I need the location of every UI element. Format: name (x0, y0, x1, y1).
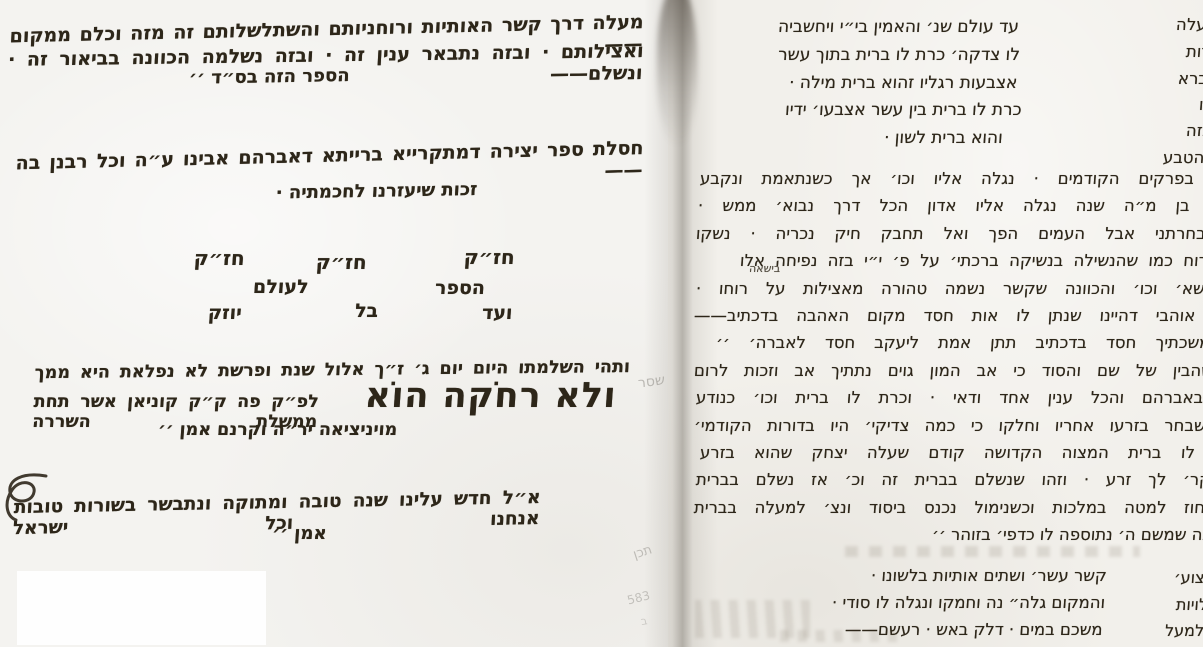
top-column-line: עד עולם שנ׳ והאמין בי״י ויחשביה (777, 18, 1019, 38)
scribal-flourish-icon (2, 470, 52, 524)
paragraph-line: היותו בן מ״ה שנה נגלה אליו אדון הכל דרך … (697, 197, 1203, 216)
margin-line: ן רבא ברא (1178, 70, 1203, 89)
paragraph-line: רפי׳ בפרקים הקודמים · נגלה אליו וכו׳ אך … (699, 170, 1203, 189)
hazak-word: חז״ק (316, 251, 368, 274)
paragraph-line: בו נשא׳ וכו׳ והכוונה שקשר נשמה טהורה מאצ… (695, 280, 1203, 299)
closing-line: הספר הזה בס״ד ׳׳ (189, 66, 351, 89)
colophon-line-3: מויניציאה יר״ה וקרנם אמן ׳׳ (157, 420, 398, 440)
paragraph-line: שבבינה שמשם ה׳ נתוספה לו כדפי׳ בזוהר ׳׳ (931, 526, 1203, 545)
bottom-column-line: משכם במים · דלק באש · רעשם—— (845, 621, 1104, 640)
gutter-ink-smudge (657, 0, 697, 146)
whiteout-patch (17, 571, 266, 645)
paragraph-line: בן שהבין של שם והסוד כי אב המון גוים נתת… (693, 362, 1203, 381)
paragraph-line: רבם אוהבי דהיינו שנתן לו אות חסד מקום הא… (693, 307, 1203, 326)
paragraph-line: וח ברוח כמו שהנשילה בנשיקה ברכתי׳ על פ׳ … (739, 252, 1203, 271)
paragraph-line: אם באברהם והכל ענין אחד ודאי · וכרת לו ב… (695, 389, 1203, 408)
hazak-word: בל (354, 301, 379, 323)
hasalat-line: זכות שיעזרנו לחכמתיה · (275, 180, 478, 204)
top-column-line: אצבעות רגליו זהוא ברית מילה · (788, 74, 1018, 94)
hazak-word: הספר (434, 278, 485, 300)
margin-line: ליה שבזה (1186, 122, 1203, 141)
bottom-margin-line: שבפיו למעל (1165, 622, 1203, 640)
paragraph-line: כרת לו ברית המצוה הקדושה קודם שעלה יצחק … (699, 444, 1203, 463)
paragraph-line: ק יקר׳ לך זרע · וזהו שנשלם בברית זה וכ׳ … (695, 471, 1203, 490)
left-page-paper (0, 0, 668, 647)
paragraph-line: מה שבחר בזרעו אחריו וחלקו כי כמה צדיקי׳ … (693, 417, 1203, 436)
hazak-word: חז״ק (464, 246, 516, 269)
margin-line: ק׳ לברות (1185, 43, 1203, 62)
manuscript-scan: מעלה דרך קשר האותיות ורוחניותם והשתלשלות… (0, 0, 1203, 647)
bottom-margin-line: ניות תלויות (1175, 596, 1203, 614)
blessing-amen: אמן ׳׳ (272, 524, 328, 545)
bottom-column-line: קשר עשר׳ ושתים אותיות בלשונו · (871, 567, 1108, 586)
hazak-word: יוזק (208, 303, 243, 325)
margin-line: והמון הטבע (1162, 149, 1203, 168)
top-column-line: והוא ברית לשון · (884, 129, 1004, 149)
bottom-margin-line: להיו מצוע׳ (1173, 569, 1203, 587)
interlinear-gloss: בישאה (748, 263, 780, 276)
paragraph-line: נה בחרתני אבל העמים הפך ואל תחבק חיק נכר… (695, 225, 1203, 244)
margin-line: תה בידו (1199, 96, 1203, 115)
top-column-line: לו צדקה׳ כרת לו ברית בתוך עשר (778, 46, 1021, 66)
margin-line: פי׳ למעלה (1175, 16, 1203, 35)
hazak-word: לעולם (252, 277, 309, 299)
bottom-column-line: והמקום גלה״ נה וחמקו ונגלה לו סודי · (831, 594, 1105, 613)
colophon-chronogram: ולא רחֹקה הוֹא (364, 376, 618, 416)
paragraph-line: נ׳ משכתיך חסד בדכתיב תתן אמת ליעקב חסד ל… (715, 334, 1203, 353)
top-column-line: כרת לו ברית בין עשר אצבעו׳ ידיו (785, 101, 1023, 121)
hazak-word: ועד (481, 303, 513, 325)
hazak-word: חז״ק (194, 247, 246, 270)
bleedthrough-marks (845, 546, 1140, 557)
paragraph-line: ר אחוז למטה במלכות וכשנימול נכנס ביסוד ו… (693, 499, 1203, 518)
